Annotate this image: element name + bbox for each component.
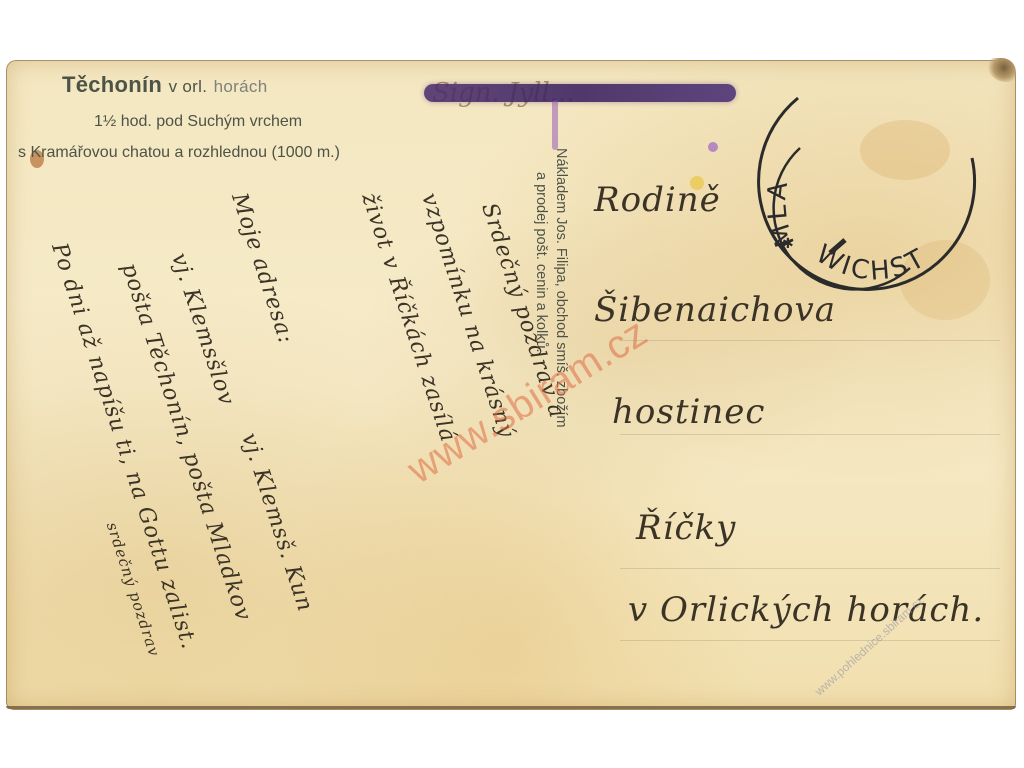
postmark-star: ✱: [782, 235, 794, 251]
address-line-4: Říčky: [636, 508, 736, 548]
printed-title: Těchonín v orl. horách: [62, 72, 267, 98]
address-rule: [620, 340, 1000, 341]
purple-strikethrough: [424, 84, 736, 102]
printed-subtitle-2: s Kramářovou chatou a rozhlednou (1000 m…: [18, 144, 340, 162]
printed-subtitle-1: 1½ hod. pod Suchým vrchem: [94, 113, 302, 131]
address-line-5: v Orlických horách.: [628, 590, 984, 630]
address-line-1: Rodině: [594, 180, 721, 220]
address-rule: [620, 640, 1000, 641]
address-rule: [620, 568, 1000, 569]
address-line-3: hostinec: [612, 392, 765, 432]
title-region-faint: horách: [214, 77, 268, 96]
ink-drip: [552, 100, 558, 150]
postmark-stamp: MLA WICHST ✱: [740, 78, 990, 308]
card-bottom-edge: [6, 706, 1016, 709]
title-region: v orl.: [169, 77, 208, 96]
ink-dot: [708, 142, 718, 152]
address-rule: [620, 434, 1000, 435]
title-place: Těchonín: [62, 72, 162, 97]
